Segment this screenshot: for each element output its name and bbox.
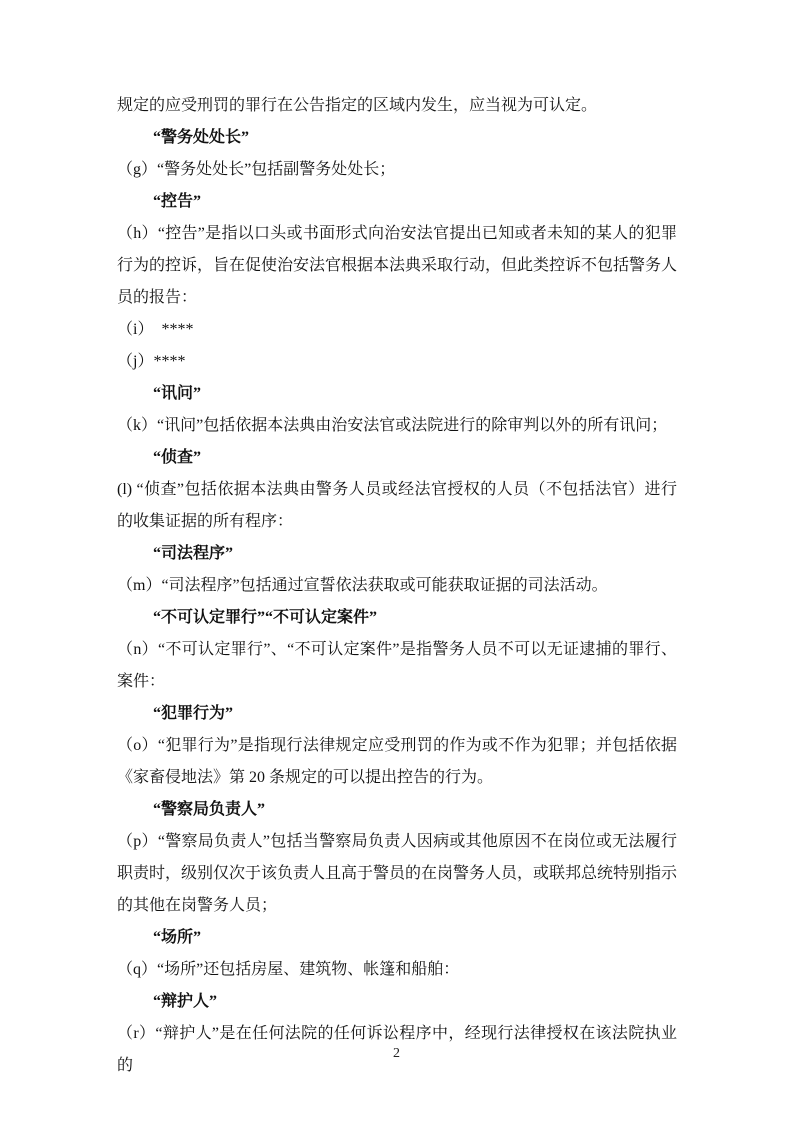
definition-term: “警察局负责人”: [117, 794, 677, 826]
paragraph-o: （o）“犯罪行为”是指现行法律规定应受刑罚的作为或不作为犯罪；并包括依据《家畜侵…: [117, 730, 677, 794]
page-body: 规定的应受刑罚的罪行在公告指定的区域内发生，应当视为可认定。 “警务处处长” （…: [117, 90, 677, 1082]
document-page: 规定的应受刑罚的罪行在公告指定的区域内发生，应当视为可认定。 “警务处处长” （…: [0, 0, 793, 1122]
paragraph-n: （n）“不可认定罪行”、“不可认定案件”是指警务人员不可以无证逮捕的罪行、案件：: [117, 634, 677, 698]
definition-term: “警务处处长”: [117, 122, 677, 154]
definition-term: “不可认定罪行”“不可认定案件”: [117, 602, 677, 634]
paragraph-m: （m）“司法程序”包括通过宣誓依法获取或可能获取证据的司法活动。: [117, 570, 677, 602]
paragraph-j: （j）****: [117, 346, 677, 378]
paragraph-k: （k）“讯问”包括依据本法典由治安法官或法院进行的除审判以外的所有讯问；: [117, 410, 677, 442]
definition-term: “司法程序”: [117, 538, 677, 570]
paragraph-h: （h）“控告”是指以口头或书面形式向治安法官提出已知或者未知的某人的犯罪行为的控…: [117, 218, 677, 314]
definition-term: “侦查”: [117, 442, 677, 474]
definition-term: “讯问”: [117, 378, 677, 410]
paragraph-g: （g）“警务处处长”包括副警务处处长；: [117, 154, 677, 186]
paragraph-q: （q）“场所”还包括房屋、建筑物、帐篷和船舶：: [117, 954, 677, 986]
definition-term: “场所”: [117, 922, 677, 954]
definition-term: “犯罪行为”: [117, 698, 677, 730]
paragraph-i: （i） ****: [117, 314, 677, 346]
page-number: 2: [0, 1044, 793, 1064]
definition-term: “控告”: [117, 186, 677, 218]
paragraph-p: （p）“警察局负责人”包括当警察局负责人因病或其他原因不在岗位或无法履行职责时，…: [117, 826, 677, 922]
definition-term: “辩护人”: [117, 986, 677, 1018]
paragraph-continuation: 规定的应受刑罚的罪行在公告指定的区域内发生，应当视为可认定。: [117, 90, 677, 122]
paragraph-l: (l) “侦查”包括依据本法典由警务人员或经法官授权的人员（不包括法官）进行的收…: [117, 474, 677, 538]
